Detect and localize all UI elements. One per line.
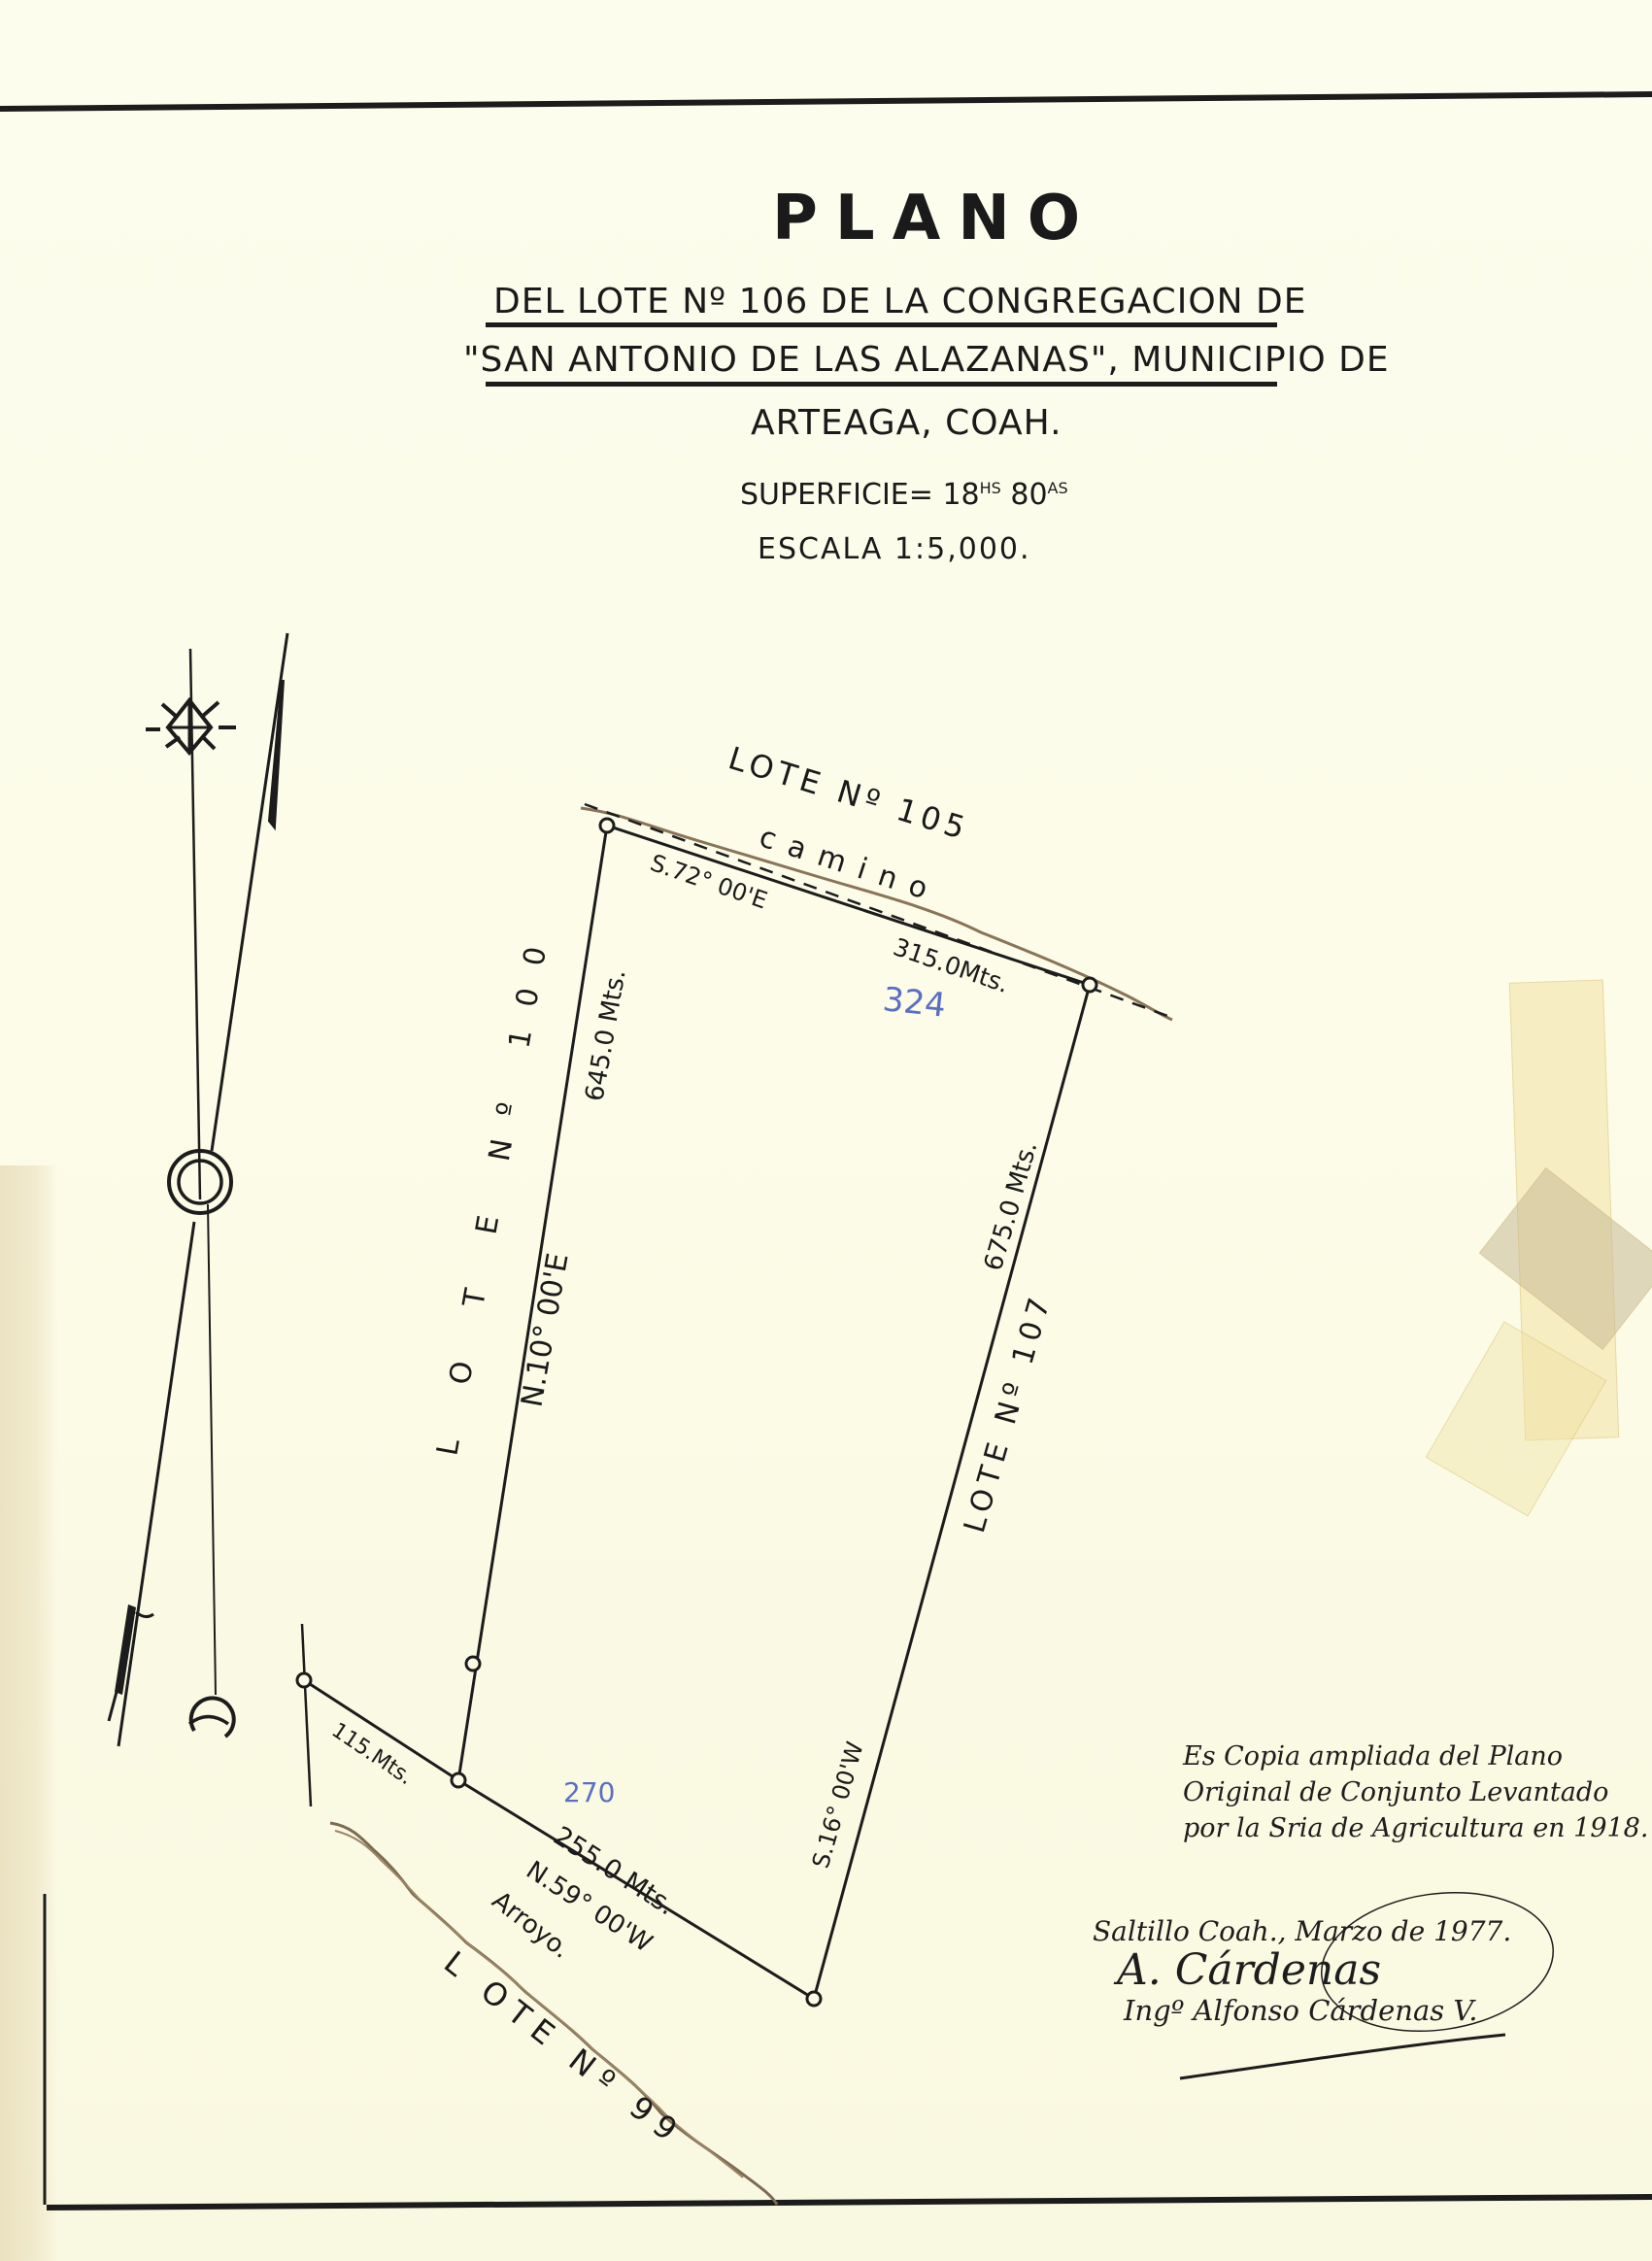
pencil-note-270: 270 xyxy=(563,1776,615,1808)
certification-line: por la Sria de Agricultura en 1918. xyxy=(1183,1810,1648,1846)
vertex-marker xyxy=(1083,978,1096,992)
certification-note: Es Copia ampliada del Plano Original de … xyxy=(1183,1738,1648,1846)
north-arrow xyxy=(109,633,287,1746)
vertex-marker xyxy=(297,1673,311,1687)
label-distance-west: 645.0 Mts. xyxy=(580,967,631,1103)
place-date: Saltillo Coah., Marzo de 1977. xyxy=(1093,1913,1511,1949)
signature: A. Cárdenas xyxy=(1117,1952,1381,1988)
label-distance-east: 675.0 Mts. xyxy=(979,1138,1044,1274)
vertex-marker xyxy=(807,1992,821,2006)
compass-star-icon xyxy=(146,700,236,753)
vertex-marker xyxy=(452,1773,465,1787)
frame-top-border xyxy=(0,94,1652,109)
vertex-marker xyxy=(466,1657,480,1670)
frame-bottom-border xyxy=(47,2197,1652,2208)
vertex-marker xyxy=(600,819,614,832)
surveyor-name: Ingº Alfonso Cárdenas V. xyxy=(1124,1993,1477,2029)
pencil-note-324: 324 xyxy=(881,980,948,1026)
label-lote-99: L OTE Nº 99 xyxy=(437,1943,691,2154)
label-distance-sw: 115.Mts. xyxy=(327,1718,418,1790)
certification-line: Es Copia ampliada del Plano xyxy=(1183,1738,1648,1774)
certification-line: Original de Conjunto Levantado xyxy=(1183,1774,1648,1810)
signature-underline xyxy=(1180,2035,1505,2078)
label-bearing-east: S.16° 00'W xyxy=(807,1738,869,1871)
crescent-icon xyxy=(189,1698,234,1737)
magnetic-needle-icon xyxy=(109,633,287,1746)
parcel-boundary xyxy=(297,819,1096,2006)
label-bearing-west: N.10° 00'E xyxy=(515,1251,575,1410)
